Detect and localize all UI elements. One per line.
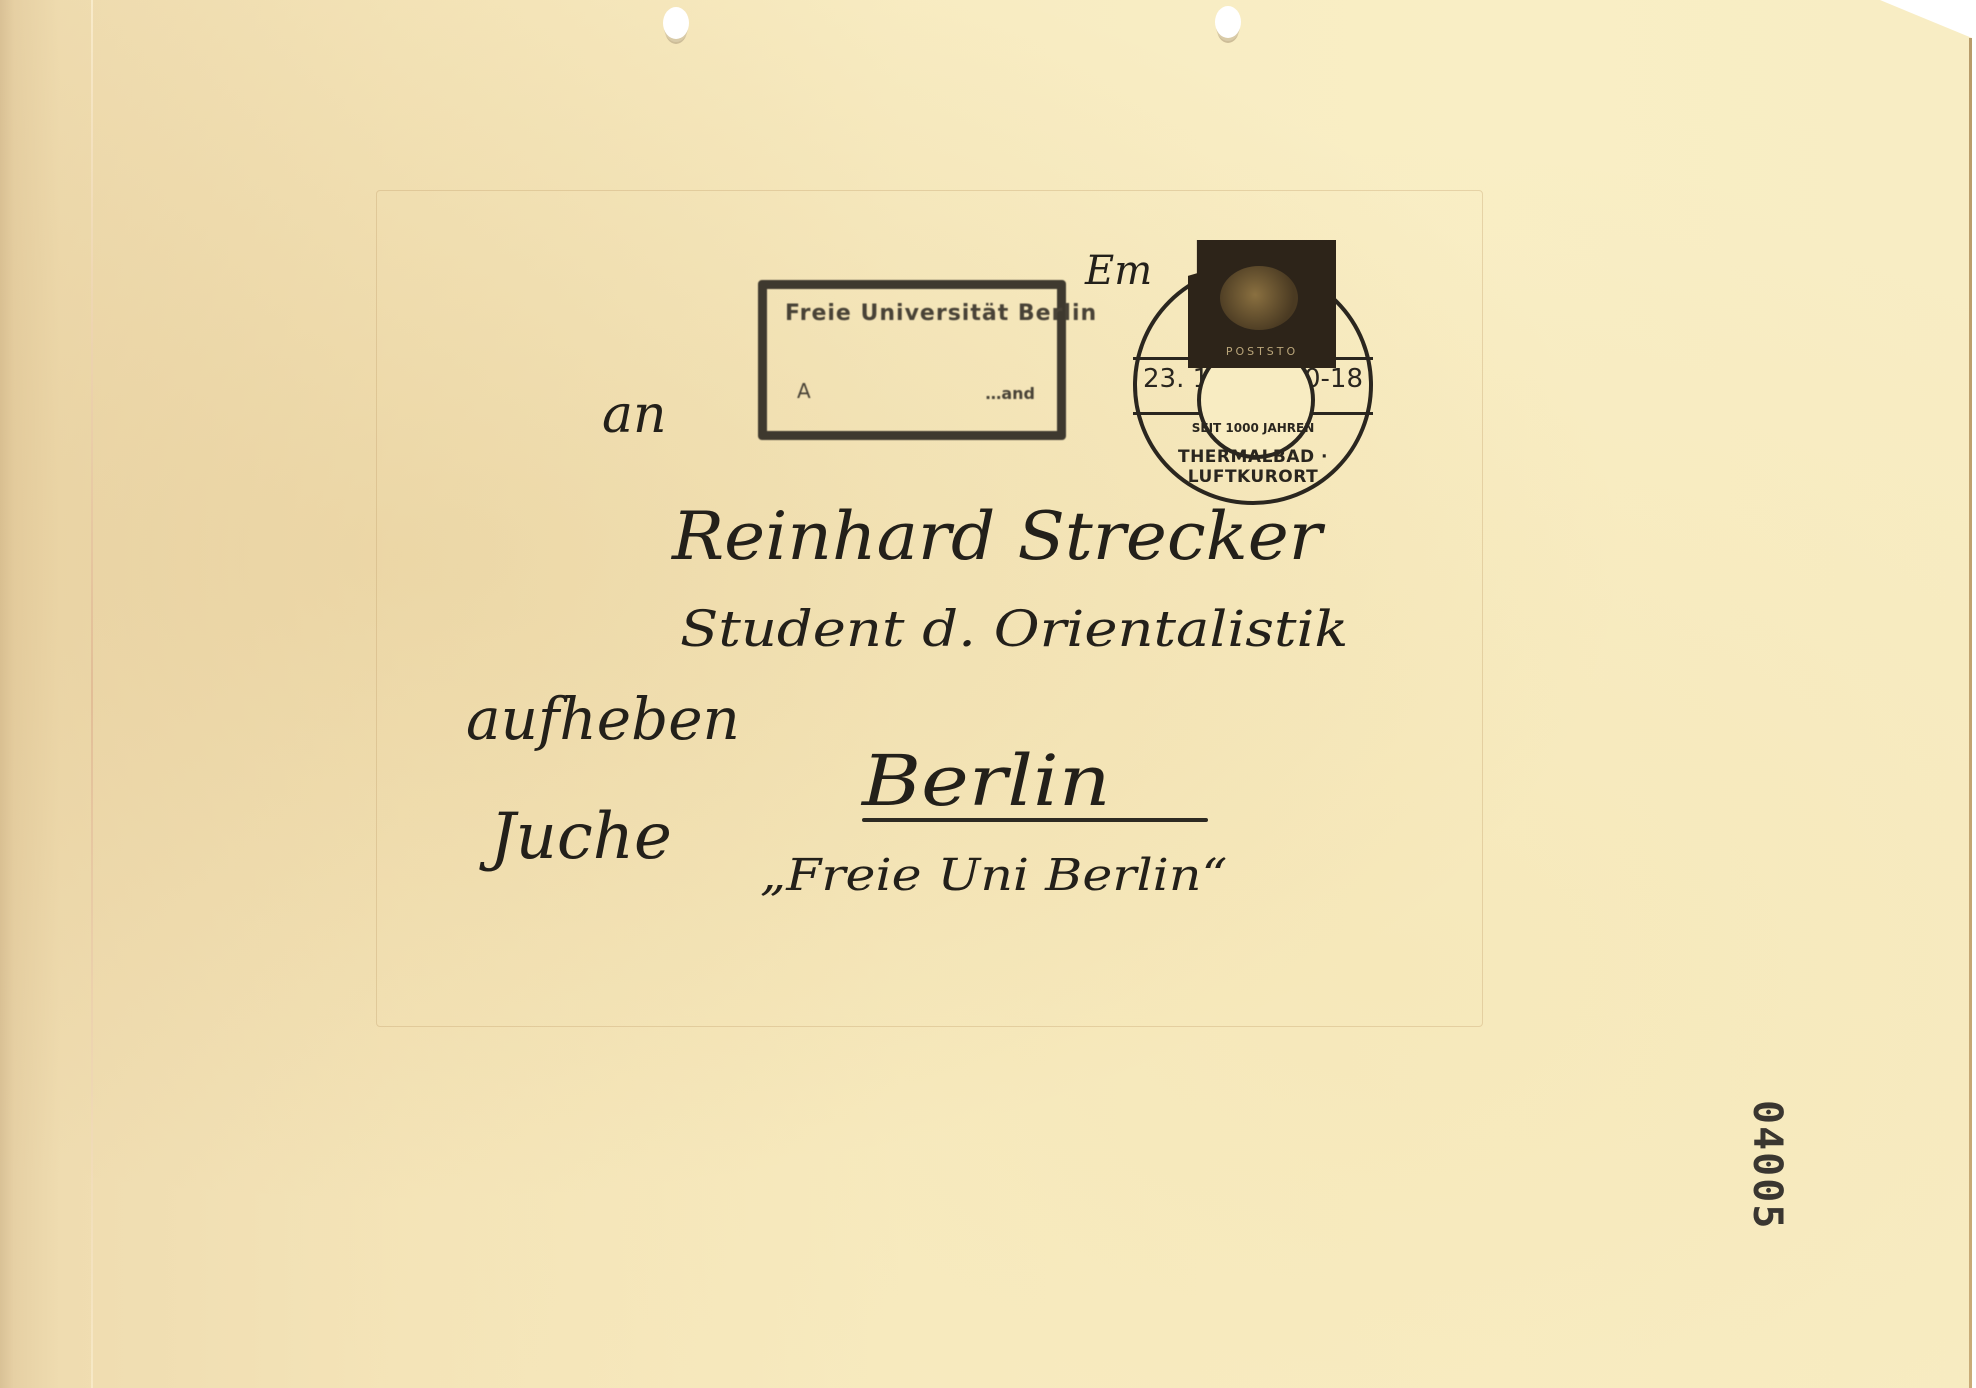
handwritten-margin-note-aufheben: aufheben <box>466 685 740 753</box>
handwritten-top-note: Em <box>1085 248 1152 294</box>
handwritten-recipient-name: Reinhard Strecker <box>672 498 1322 575</box>
archive-number: 04005 <box>1744 1100 1790 1230</box>
sheet-right-edge <box>1969 38 1972 1388</box>
punch-hole-left-icon <box>663 7 689 39</box>
postmark-since-text: SEIT 1000 JAHREN <box>1137 421 1369 435</box>
handwritten-recipient-title: Student d. Orientalistik <box>680 600 1348 658</box>
fold-line <box>91 0 93 1388</box>
registration-box-stamp: Freie Universität Berlin A …and <box>758 280 1066 440</box>
stamp-portrait-icon <box>1220 266 1298 330</box>
box-stamp-letter: A <box>797 379 811 403</box>
box-stamp-footer: …and <box>985 384 1035 403</box>
handwritten-salutation: an <box>602 385 667 445</box>
handwritten-city: Berlin <box>862 740 1111 822</box>
postage-stamp: POSTSTO <box>1188 240 1336 368</box>
box-stamp-institution: Freie Universität Berlin <box>785 301 1097 326</box>
city-underline <box>862 818 1208 822</box>
handwritten-quote: „Freie Uni Berlin“ <box>760 850 1227 901</box>
punch-hole-right-icon <box>1215 6 1241 38</box>
stamp-inscription: POSTSTO <box>1188 345 1336 358</box>
postmark-bottom-text: THERMALBAD · LUFTKURORT <box>1137 447 1369 487</box>
handwritten-margin-note-juche: Juche <box>490 800 672 874</box>
